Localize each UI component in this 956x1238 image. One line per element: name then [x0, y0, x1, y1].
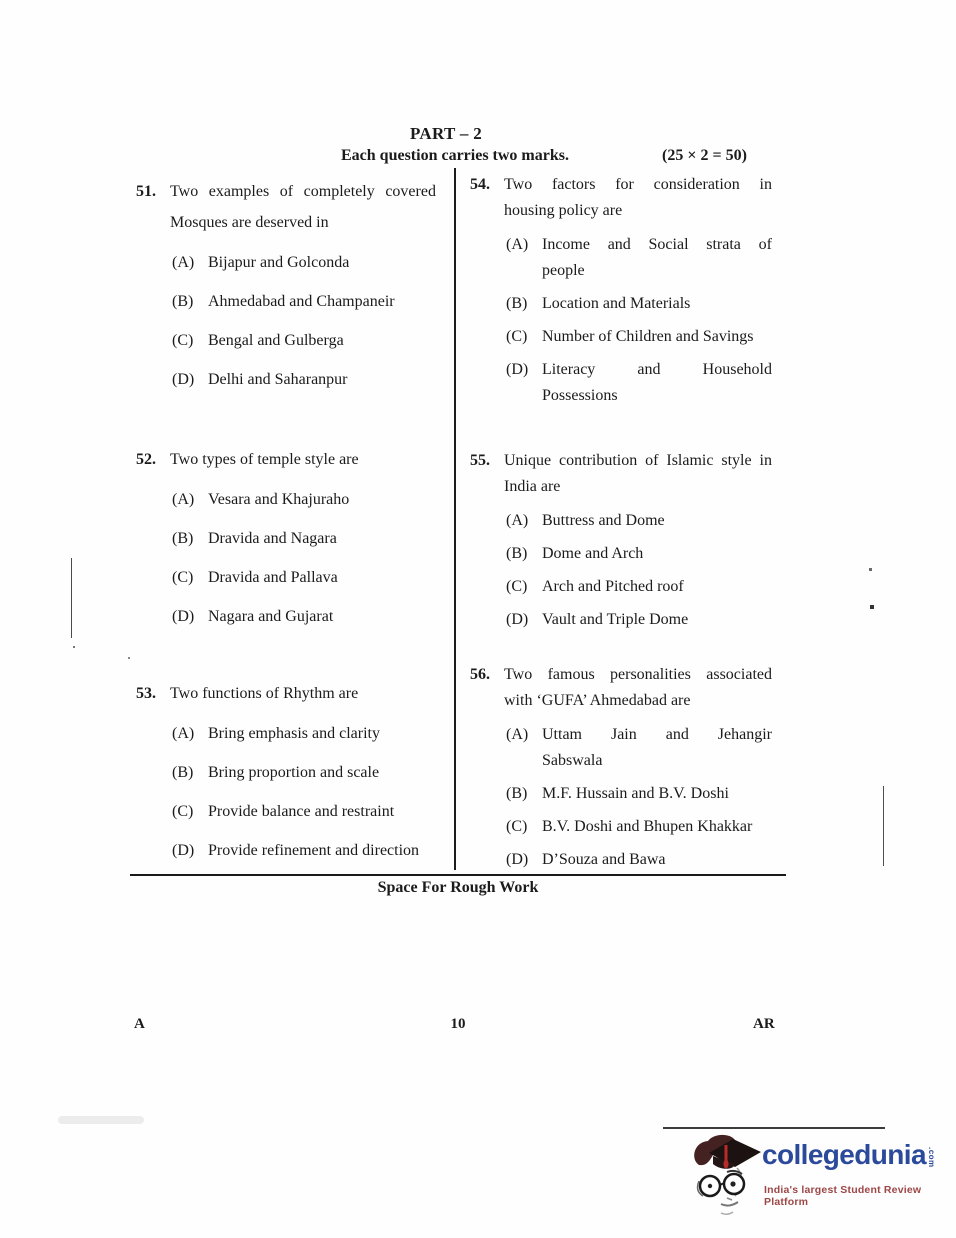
option-b: (B) M.F. Hussain and B.V. Doshi — [506, 781, 772, 807]
question-number: 53. — [136, 678, 170, 709]
option-d: (D) D’Souza and Bawa — [506, 847, 772, 873]
question-52: 52. Two types of temple style are (A) Ve… — [136, 444, 436, 645]
question-51: 51. Twoexamplesofcompletelycovered Mosqu… — [136, 176, 436, 408]
option-a: (A) Bring emphasis and clarity — [172, 723, 436, 745]
option-d: (D) Vault and Triple Dome — [506, 607, 772, 633]
question-text: Two functions of Rhythm are — [170, 678, 436, 709]
option-b: (B) Location and Materials — [506, 291, 772, 317]
logo-top-rule — [663, 1127, 885, 1129]
logo-tagline: India's largest Student Review Platform — [764, 1184, 943, 1208]
question-text: Mosques are deserved in — [170, 207, 436, 238]
option-d: (D) Provide refinement and direction — [172, 840, 436, 862]
option-a: (A) IncomeandSocialstrataof people — [506, 232, 772, 284]
question-number: 51. — [136, 176, 170, 207]
booklet-series: A — [134, 1016, 145, 1033]
question-56: 56. Twofamouspersonalitiesassociated wit… — [470, 662, 772, 880]
scan-artifact — [73, 646, 75, 648]
question-number: 55. — [470, 448, 504, 474]
option-c: (C) Number of Children and Savings — [506, 324, 772, 350]
scan-artifact — [128, 657, 130, 659]
rough-work-label: Space For Rough Work — [130, 879, 786, 897]
question-55: 55. UniquecontributionofIslamicstylein I… — [470, 448, 772, 640]
question-text: with ‘GUFA’ Ahmedabad are — [504, 688, 772, 714]
logo-wordmark: collegedunia — [762, 1139, 926, 1171]
question-number: 56. — [470, 662, 504, 688]
option-d: (D) Delhi and Saharanpur — [172, 369, 436, 391]
option-b: (B) Dome and Arch — [506, 541, 772, 567]
option-c: (C) B.V. Doshi and Bhupen Khakkar — [506, 814, 772, 840]
option-c: (C) Dravida and Pallava — [172, 567, 436, 589]
question-text: Twoexamplesofcompletelycovered — [170, 176, 436, 207]
option-d: (D) Nagara and Gujarat — [172, 606, 436, 628]
question-text: India are — [504, 474, 772, 500]
option-d: (D) LiteracyandHousehold Possessions — [506, 357, 772, 409]
option-c: (C) Bengal and Gulberga — [172, 330, 436, 352]
question-text: Twofamouspersonalitiesassociated — [504, 662, 772, 688]
scan-artifact — [883, 786, 884, 866]
scan-artifact — [71, 558, 72, 638]
question-text: UniquecontributionofIslamicstylein — [504, 448, 772, 474]
paper-code: AR — [753, 1016, 775, 1033]
question-53: 53. Two functions of Rhythm are (A) Brin… — [136, 678, 436, 879]
option-b: (B) Dravida and Nagara — [172, 528, 436, 550]
scan-artifact — [870, 605, 874, 609]
page-number: 10 — [438, 1016, 478, 1033]
marks-total: (25 × 2 = 50) — [662, 147, 772, 165]
question-text: Twofactorsforconsiderationin — [504, 172, 772, 198]
scanned-exam-page: PART – 2 Each question carries two marks… — [0, 0, 956, 1238]
marks-instruction: Each question carries two marks. — [330, 147, 580, 165]
option-b: (B) Bring proportion and scale — [172, 762, 436, 784]
collegedunia-logo: collegedunia .com India's largest Studen… — [663, 1127, 943, 1227]
option-c: (C) Arch and Pitched roof — [506, 574, 772, 600]
rough-work-rule — [130, 874, 786, 876]
option-a: (A) Bijapur and Golconda — [172, 252, 436, 274]
collegedunia-student-mascot-icon — [687, 1131, 765, 1224]
question-number: 54. — [470, 172, 504, 198]
option-c: (C) Provide balance and restraint — [172, 801, 436, 823]
option-a: (A) UttamJainandJehangir Sabswala — [506, 722, 772, 774]
part-title: PART – 2 — [366, 124, 526, 144]
scan-artifact — [869, 568, 872, 571]
logo-domain-suffix: .com — [927, 1147, 936, 1168]
question-54: 54. Twofactorsforconsiderationin housing… — [470, 172, 772, 416]
question-text: Two types of temple style are — [170, 444, 436, 475]
option-a: (A) Vesara and Khajuraho — [172, 489, 436, 511]
option-a: (A) Buttress and Dome — [506, 508, 772, 534]
option-b: (B) Ahmedabad and Champaneir — [172, 291, 436, 313]
column-divider — [454, 168, 456, 870]
question-number: 52. — [136, 444, 170, 475]
scan-artifact — [58, 1116, 144, 1124]
question-text: housing policy are — [504, 198, 772, 224]
